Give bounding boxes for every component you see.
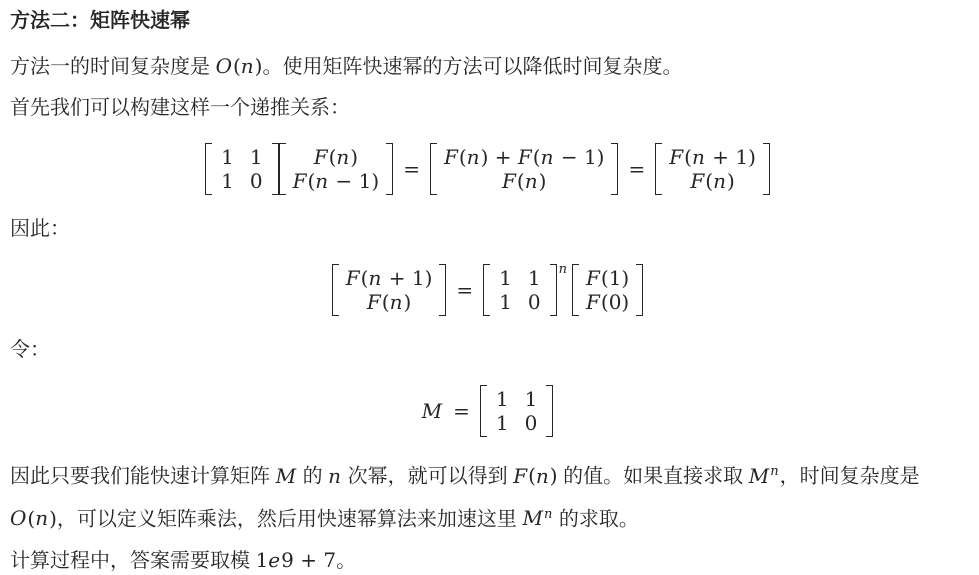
left-bracket [655, 143, 662, 195]
text-segment: 计算过程中，答案需要取模 [10, 550, 256, 572]
text-segment: 因此： [10, 218, 70, 240]
text-segment: 方法一的时间复杂度是 [10, 56, 216, 78]
right-bracket [763, 143, 770, 195]
matrix-cells: F(1) F(0) [579, 264, 636, 316]
text-segment: 的求取。 [553, 508, 639, 530]
math-base: M [522, 506, 543, 530]
matrix-cell: 1 [496, 387, 509, 411]
matrix-cell: F(n) + F(n − 1) [444, 145, 605, 169]
inline-math-M-pow-n: Mn [522, 506, 553, 530]
paragraph-intro: 方法一的时间复杂度是 O(n)。使用矩阵快速幂的方法可以降低时间复杂度。 [10, 48, 965, 86]
left-bracket [572, 264, 579, 316]
vector-lhs: F(n + 1) F(n) [332, 264, 447, 316]
section-title: 方法二：矩阵快速幂 [10, 8, 965, 34]
matrix-cell: 1 [499, 266, 512, 290]
text-segment: 的 [297, 466, 328, 488]
matrix-cell: F(n + 1) [669, 145, 756, 169]
inline-math-O-n: O(n) [216, 54, 263, 78]
math-exponent: n [770, 464, 779, 479]
left-bracket [332, 264, 339, 316]
formula-power: F(n + 1) F(n) = 1 1 1 0 n F(1) F(0) [10, 264, 965, 316]
right-bracket [386, 143, 393, 195]
formula-m-definition: M = 1 1 1 0 [10, 385, 965, 437]
matrix-cell: 0 [528, 290, 541, 314]
paragraph-let: 令： [10, 332, 965, 369]
math-symbol-M: M [422, 399, 443, 423]
matrix-cell: 1 [250, 145, 263, 169]
matrix-cell: 1 [221, 145, 234, 169]
matrix-cell: F(n + 1) [346, 266, 433, 290]
text-segment: 。 [336, 550, 356, 572]
text-segment: ，可以定义矩阵乘法，然后用快速幂算法来加速这里 [57, 508, 523, 530]
right-bracket [272, 143, 279, 195]
right-bracket [636, 264, 643, 316]
matrix-cells: F(n + 1) F(n) [339, 264, 440, 316]
matrix-cells: 1 1 1 0 [490, 264, 549, 316]
equals-sign: = [628, 157, 645, 181]
matrix-cell: 1 [525, 387, 538, 411]
text-segment: 因此只要我们能快速计算矩阵 [10, 466, 276, 488]
matrix-cells: F(n) F(n − 1) [286, 143, 387, 195]
matrix-exponent: n [559, 262, 568, 277]
matrix-cell: F(n) [314, 145, 358, 169]
vector-rhs: F(1) F(0) [572, 264, 643, 316]
equals-sign: = [456, 278, 473, 302]
right-bracket [550, 264, 557, 316]
vector-input: F(n) F(n − 1) [279, 143, 394, 195]
text-segment: 的值。如果直接求取 [558, 466, 749, 488]
matrix-cell: F(n) [690, 169, 734, 193]
left-bracket [480, 385, 487, 437]
vector-sum: F(n) + F(n − 1) F(n) [430, 143, 619, 195]
text-segment: 令： [10, 339, 50, 361]
matrix-cells: 1 1 1 0 [212, 143, 271, 195]
matrix-cell: F(n − 1) [293, 169, 380, 193]
text-segment: 次幂，就可以得到 [342, 466, 513, 488]
inline-math-F-n: F(n) [513, 464, 557, 488]
matrix-cell: F(1) [586, 266, 629, 290]
left-bracket [279, 143, 286, 195]
math-exponent: n [544, 507, 553, 522]
equals-sign: = [453, 399, 470, 423]
matrix-cell: 0 [525, 411, 538, 435]
matrix-cell: F(0) [586, 290, 629, 314]
inline-math-O-n: O(n) [10, 506, 57, 530]
formula-recurrence: 1 1 1 0 F(n) F(n − 1) = F(n) + F(n − 1) … [10, 143, 965, 195]
right-bracket [439, 264, 446, 316]
matrix-cells: F(n) + F(n − 1) F(n) [437, 143, 612, 195]
inline-math-1e9-7: 1e9 + 7 [256, 548, 337, 572]
matrix-cell: 1 [499, 290, 512, 314]
right-bracket [546, 385, 553, 437]
paragraph-fast-power: 因此只要我们能快速计算矩阵 M 的 n 次幂，就可以得到 F(n) 的值。如果直… [10, 453, 965, 538]
matrix-cell: 1 [221, 169, 234, 193]
math-base: M [749, 464, 770, 488]
matrix-cell: 1 [496, 411, 509, 435]
matrix-M: 1 1 1 0 [480, 385, 553, 437]
text-segment: 首先我们可以构建这样一个递推关系： [10, 97, 350, 119]
equals-sign: = [403, 157, 420, 181]
left-bracket [205, 143, 212, 195]
vector-output: F(n + 1) F(n) [655, 143, 770, 195]
inline-math-M: M [276, 464, 297, 488]
matrix-cell: 0 [250, 169, 263, 193]
text-segment: ，时间复杂度是 [780, 466, 920, 488]
matrix-cell: F(n) [367, 290, 411, 314]
matrix-cell: F(n) [502, 169, 546, 193]
left-bracket [430, 143, 437, 195]
matrix-cells: F(n + 1) F(n) [662, 143, 763, 195]
matrix-base: 1 1 1 0 [483, 264, 556, 316]
left-bracket [483, 264, 490, 316]
right-bracket [611, 143, 618, 195]
paragraph-modulo: 计算过程中，答案需要取模 1e9 + 7。 [10, 542, 965, 575]
matrix-cell: 1 [528, 266, 541, 290]
inline-math-M-pow-n: Mn [749, 464, 780, 488]
matrix-coefficient: 1 1 1 0 [205, 143, 278, 195]
text-segment: 。使用矩阵快速幂的方法可以降低时间复杂度。 [262, 56, 682, 78]
paragraph-therefore: 因此： [10, 211, 965, 248]
paragraph-build-relation: 首先我们可以构建这样一个递推关系： [10, 90, 965, 127]
matrix-cells: 1 1 1 0 [487, 385, 546, 437]
inline-math-n: n [328, 464, 342, 488]
